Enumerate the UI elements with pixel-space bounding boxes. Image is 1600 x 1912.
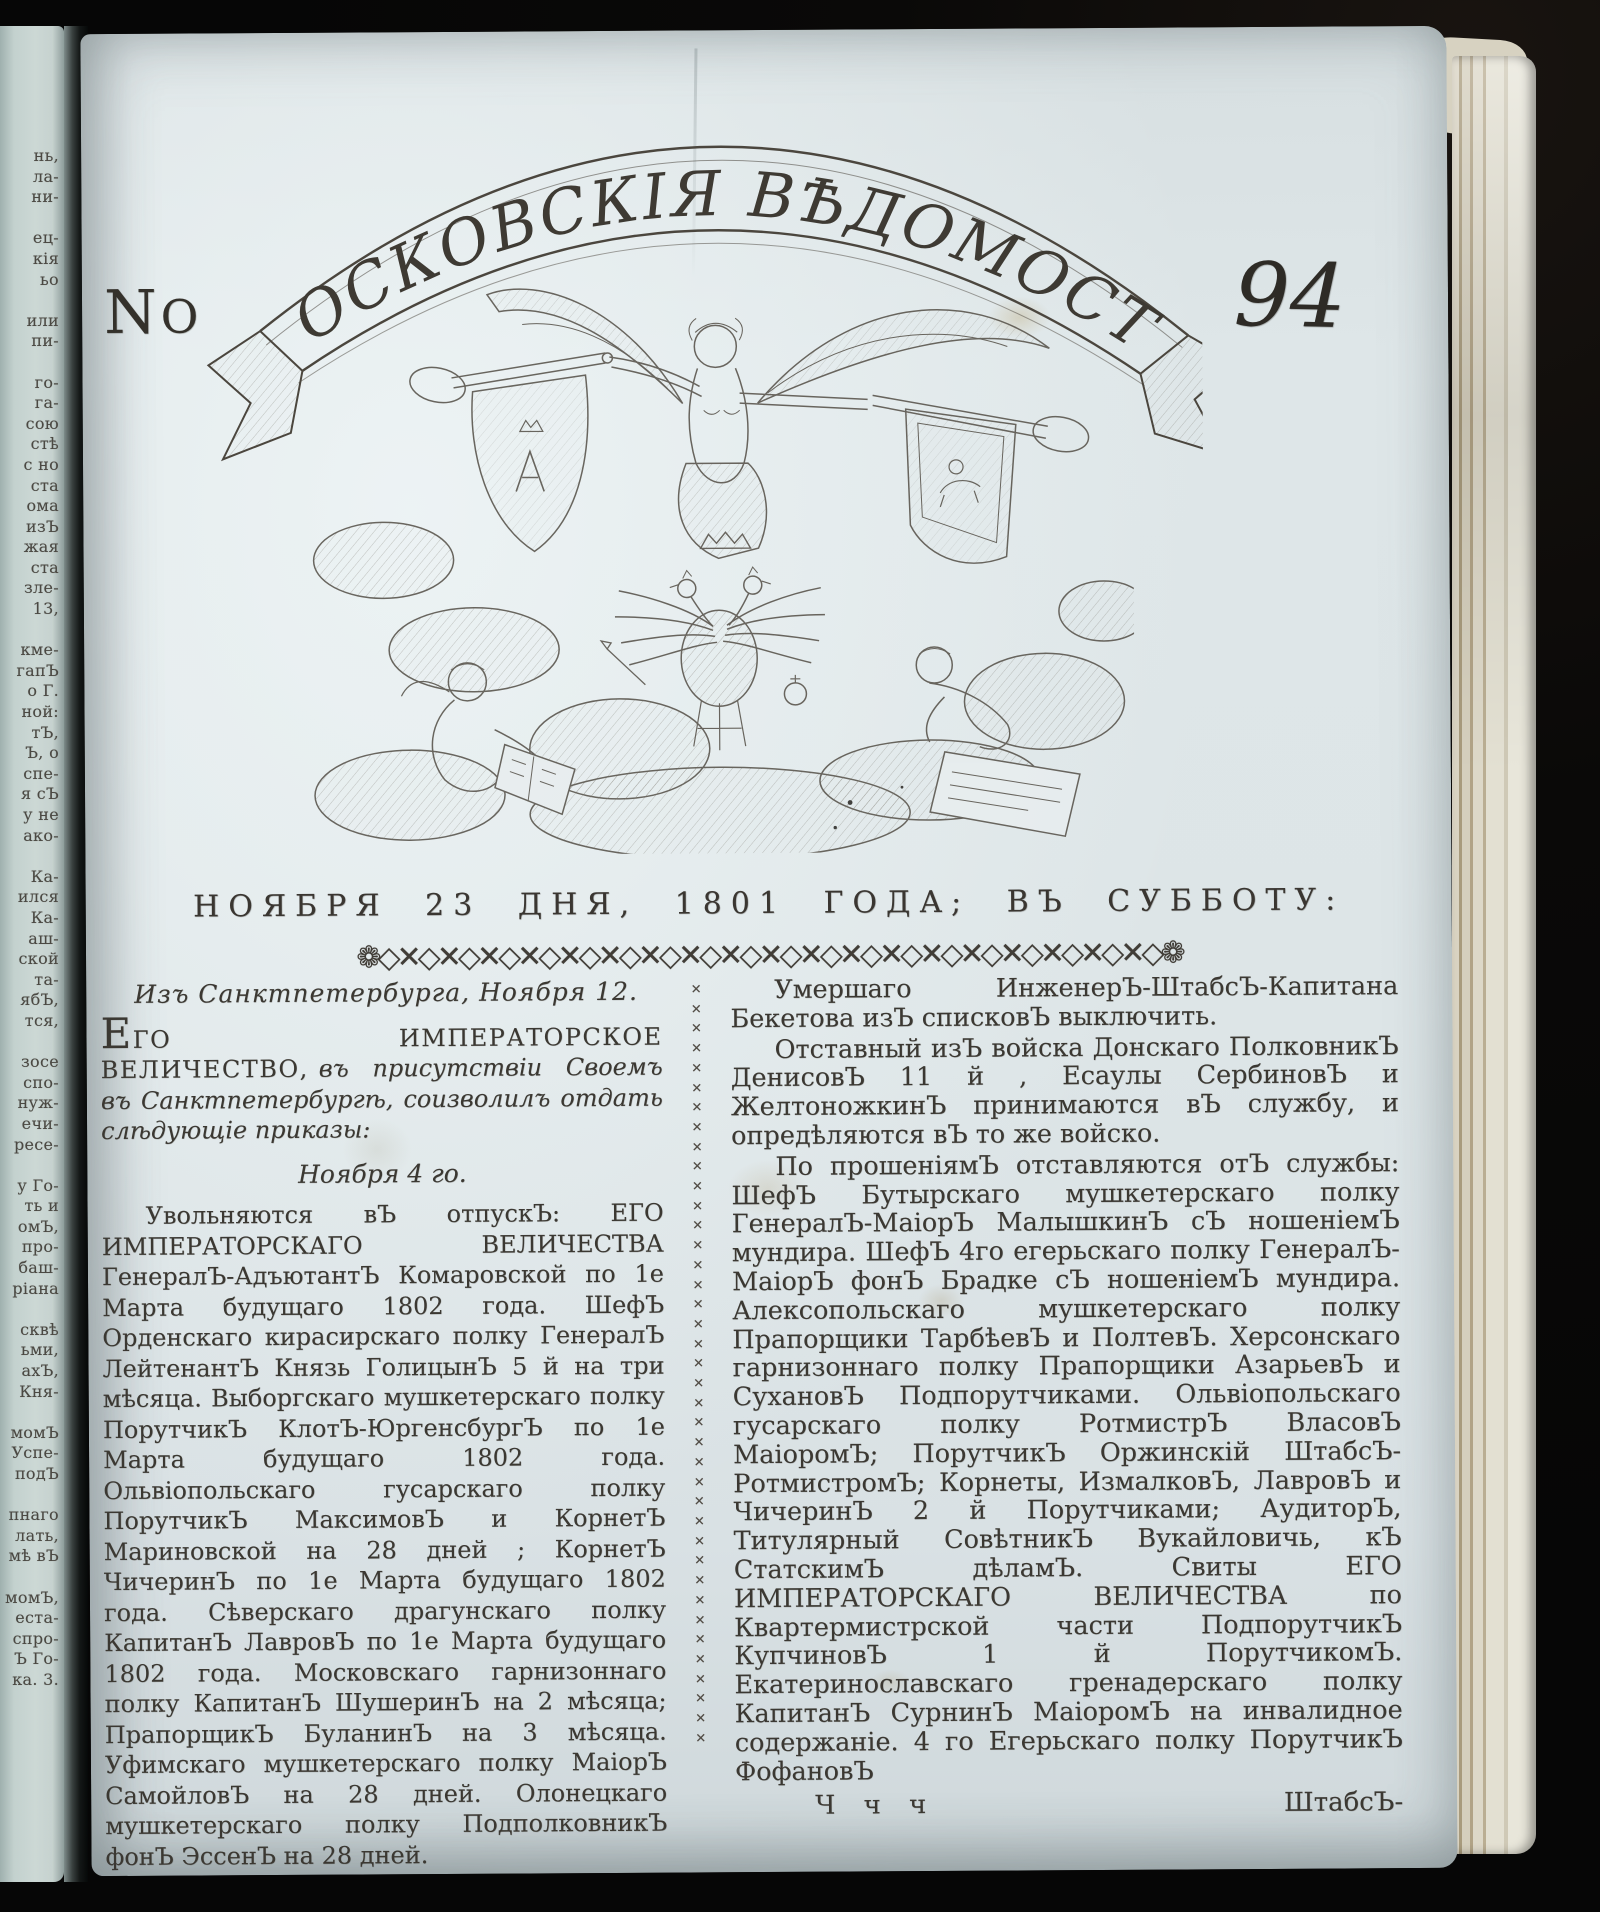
scene: нь, ла- ни- ец- кія ьо или пи- го- га- с… [0, 0, 1600, 1912]
right-column: Умершаго ИнженерЪ-ШтабсЪ-Капитана Бекето… [730, 972, 1403, 1821]
signature-mark: Ч ч ч [815, 1791, 936, 1821]
paragraph: Умершаго ИнженерЪ-ШтабсЪ-Капитана Бекето… [730, 972, 1398, 1034]
left-column: Изъ Санктпетербурга, Ноября 12. ЕГО ИМПЕ… [100, 977, 667, 1872]
saint-george-flag [906, 408, 1017, 563]
previous-page-edge: нь, ла- ни- ец- кія ьо или пи- го- га- с… [0, 26, 64, 1882]
date-line: НОЯБРЯ 23 ДНЯ, 1801 ГОДА; ВЪ СУББОТУ: [86, 882, 1452, 925]
dateline-heading: Изъ Санктпетербурга, Ноября 12. [100, 977, 662, 1011]
subheading: Ноября 4 го. [101, 1157, 663, 1191]
paragraph: Увольняются вЪ отпускЪ: ЕГО ИМПЕРАТОРСКА… [102, 1198, 668, 1872]
newspaper-page: NO 94 МОСКОВСКІЯ ВѢДОМОС [80, 26, 1457, 1876]
paragraph: По прошеніямЪ отставляются отЪ службы: Ш… [731, 1149, 1403, 1787]
newspaper-photo: { "masthead": { "issue_label": "NO", "is… [0, 0, 1600, 1912]
page-stack-fore-edge [1452, 56, 1536, 1854]
decree-intro: ЕГО ИМПЕРАТОРСКОЕ ВЕЛИЧЕСТВО,въ присутст… [100, 1013, 663, 1146]
paragraph: Отставный изЪ войска Донскаго ПолковникЪ… [731, 1032, 1400, 1151]
ornament-divider: ❁◇✕◇✕◇✕◇✕◇✕◇✕◇✕◇✕◇✕◇✕◇✕◇✕◇✕◇✕◇✕◇✕◇✕◇✕◇✕◇… [86, 934, 1452, 977]
ribbon-end-right [1140, 335, 1203, 456]
column-footer: Ч ч ч ШтабсЪ- [735, 1788, 1403, 1821]
monogram-pennant [472, 375, 589, 552]
catchword: ШтабсЪ- [1284, 1788, 1403, 1818]
masthead-vignette allegorical-engraving-vignette [287, 226, 1136, 856]
text-columns: Изъ Санктпетербурга, Ноября 12. ЕГО ИМПЕ… [100, 972, 1433, 1872]
column-divider-ornament: ✕ ✕ ✕ ✕ ✕ ✕ ✕ ✕ ✕ ✕ ✕ ✕ ✕ ✕ ✕ ✕ ✕ ✕ ✕ ✕ … [676, 976, 721, 1749]
previous-page-text-fragments: нь, ла- ни- ец- кія ьо или пи- го- га- с… [0, 26, 64, 1691]
issue-number: 94 [1233, 243, 1405, 349]
